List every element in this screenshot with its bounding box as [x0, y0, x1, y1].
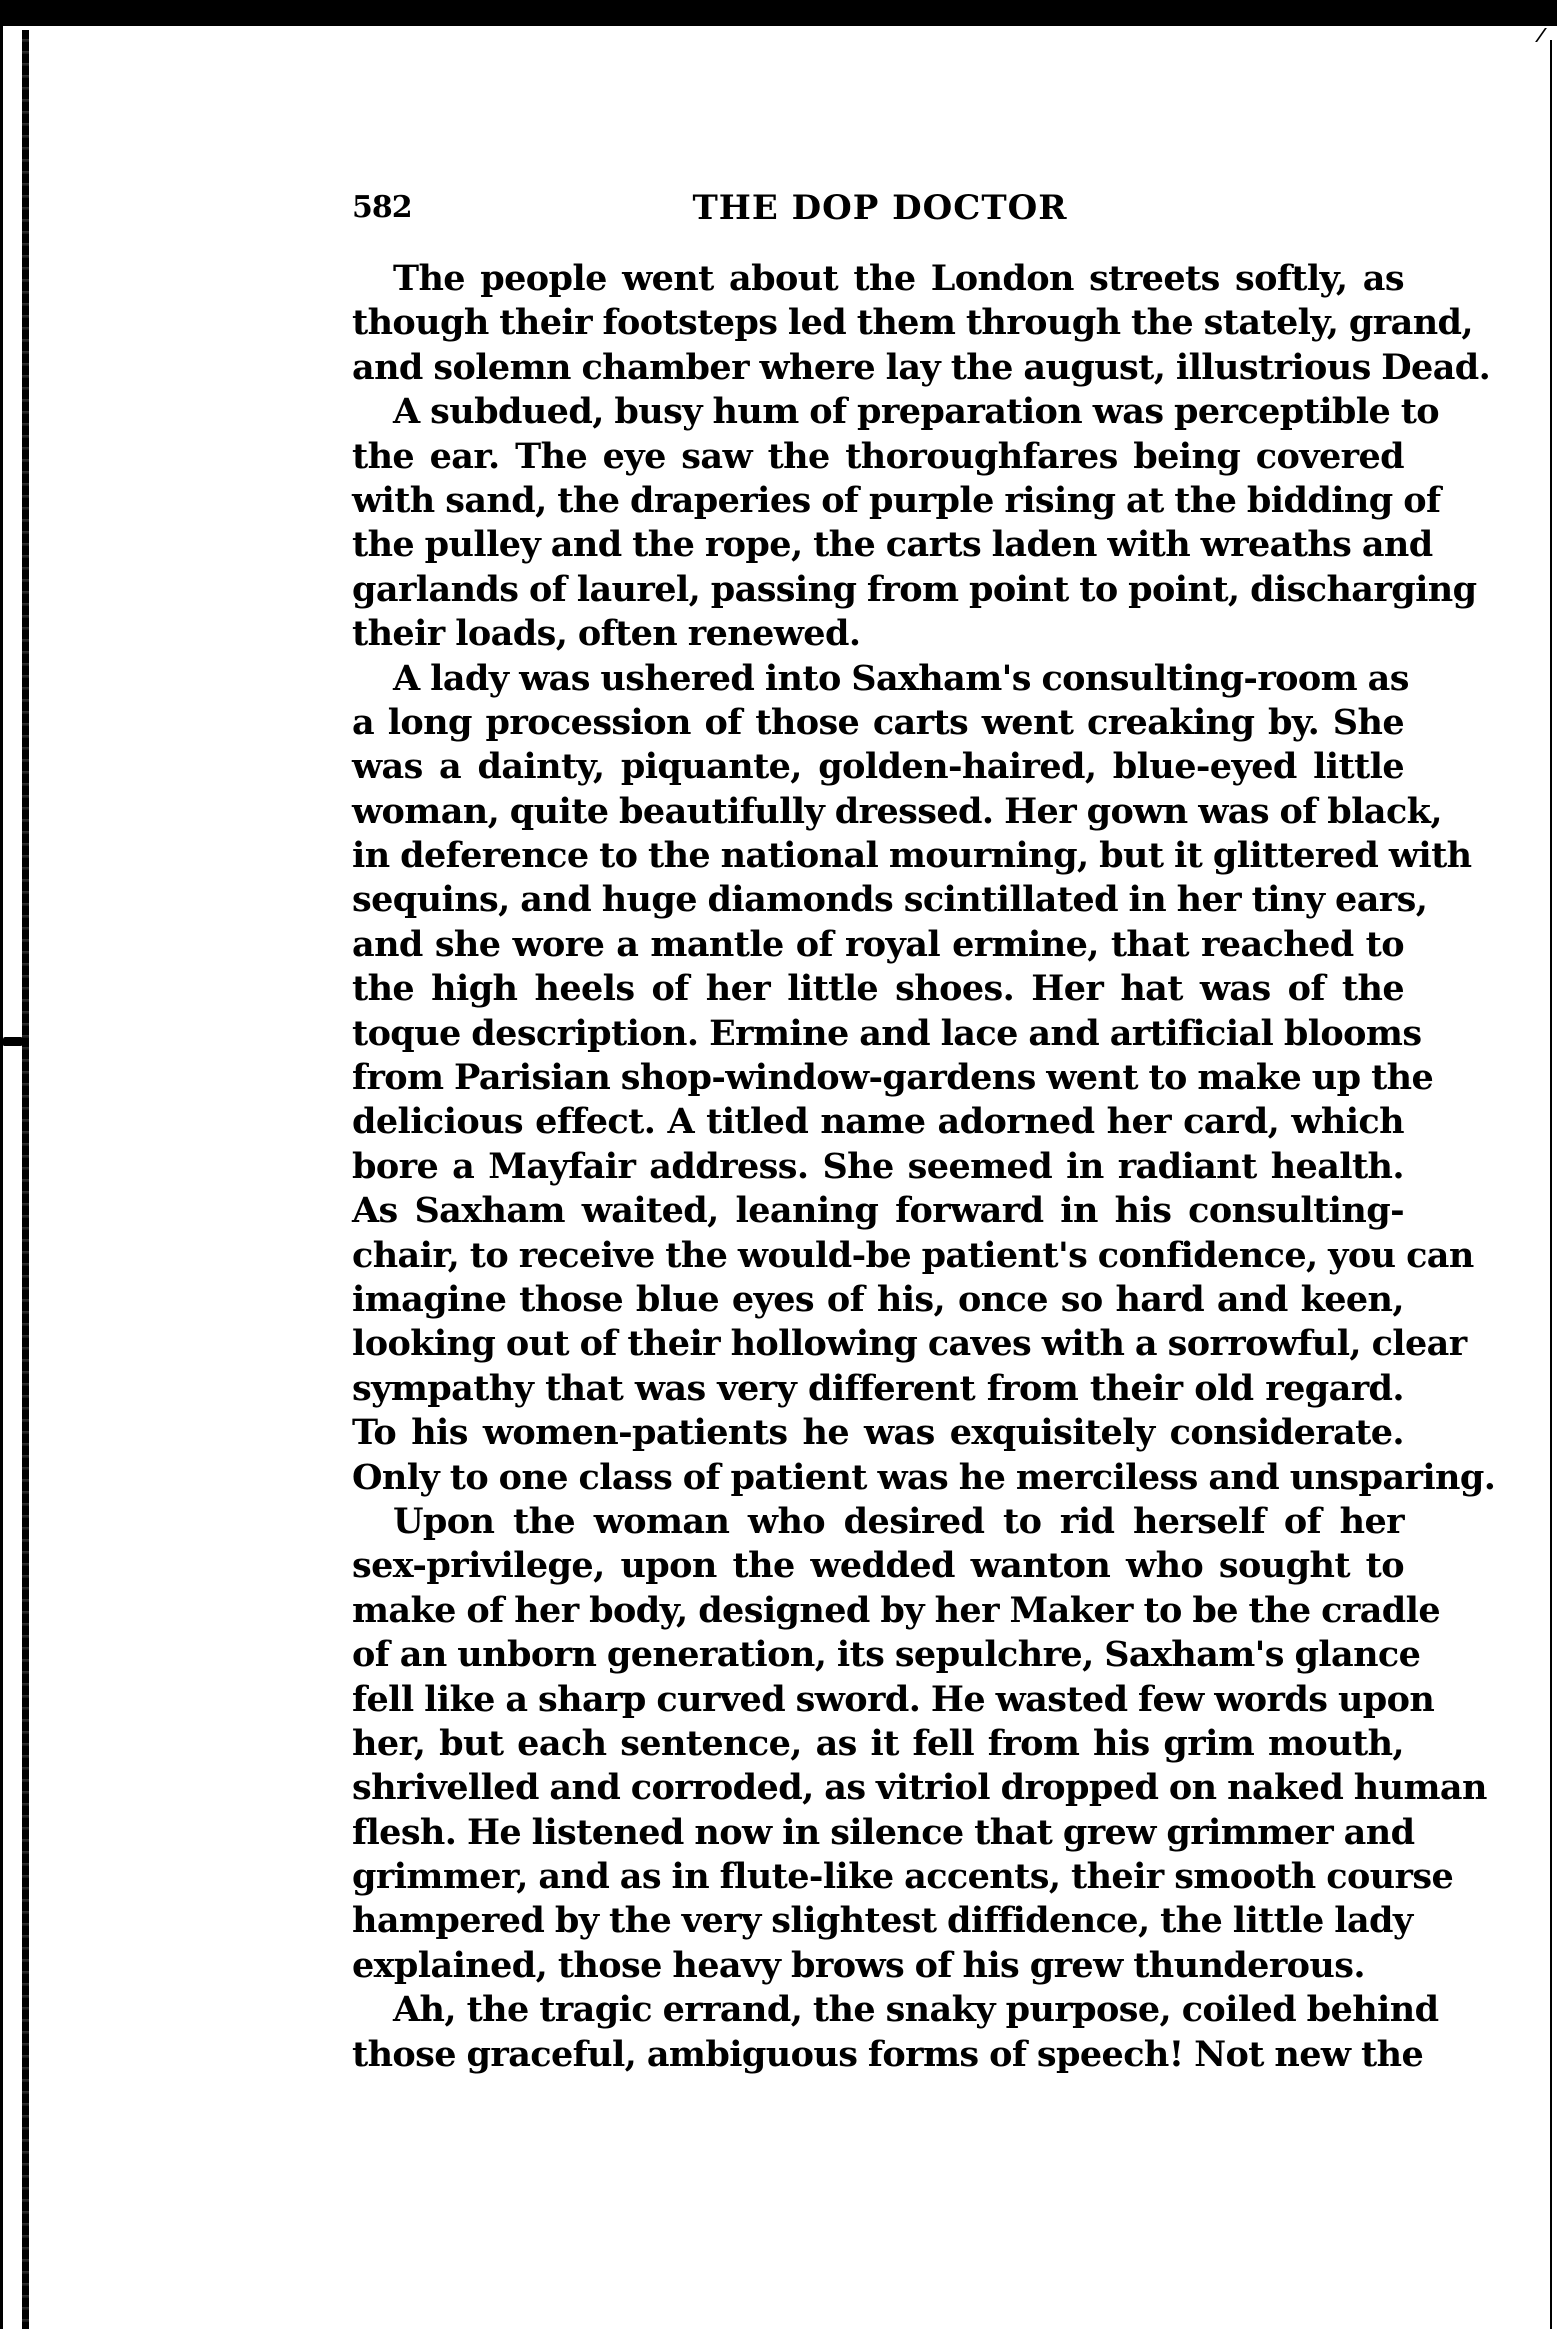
- text-line: flesh. He listened now in silence that g…: [352, 1811, 1404, 1855]
- text-line: in deference to the national mourning, b…: [352, 834, 1404, 878]
- text-line: A lady was ushered into Saxham's consult…: [352, 657, 1404, 701]
- text-line: and solemn chamber where lay the august,…: [352, 346, 1404, 390]
- page-corner-fold-icon: [1535, 28, 1557, 42]
- text-line: of an unborn generation, its sepulchre, …: [352, 1633, 1404, 1677]
- text-line: and she wore a mantle of royal ermine, t…: [352, 923, 1404, 967]
- scan-left-edge: [0, 26, 3, 2329]
- text-line: As Saxham waited, leaning forward in his…: [352, 1189, 1404, 1233]
- text-line: those graceful, ambiguous forms of speec…: [352, 2033, 1404, 2077]
- text-line: her, but each sentence, as it fell from …: [352, 1722, 1404, 1766]
- text-line: shrivelled and corroded, as vitriol drop…: [352, 1766, 1404, 1810]
- text-line: from Parisian shop-window-gardens went t…: [352, 1056, 1404, 1100]
- text-line: To his women-patients he was exquisitely…: [352, 1411, 1404, 1455]
- text-line: the high heels of her little shoes. Her …: [352, 967, 1404, 1011]
- text-line: garlands of laurel, passing from point t…: [352, 568, 1404, 612]
- text-line: the ear. The eye saw the thoroughfares b…: [352, 435, 1404, 479]
- text-line: fell like a sharp curved sword. He waste…: [352, 1678, 1404, 1722]
- page-header: 582 THE DOP DOCTOR: [352, 188, 1404, 228]
- paragraph: Upon the woman who desired to rid hersel…: [352, 1500, 1404, 1988]
- running-title: THE DOP DOCTOR: [685, 188, 1075, 228]
- text-line: Ah, the tragic errand, the snaky purpose…: [352, 1988, 1404, 2032]
- book-binding-shadow: [22, 30, 29, 2329]
- text-line: sex-privilege, upon the wedded wanton wh…: [352, 1544, 1404, 1588]
- text-line: chair, to receive the would-be patient's…: [352, 1234, 1404, 1278]
- text-line: The people went about the London streets…: [352, 257, 1404, 301]
- text-line: toque description. Ermine and lace and a…: [352, 1012, 1404, 1056]
- paragraph: A subdued, busy hum of preparation was p…: [352, 390, 1404, 656]
- text-line: sequins, and huge diamonds scintillated …: [352, 878, 1404, 922]
- text-line: their loads, often renewed.: [352, 612, 1404, 656]
- page-number: 582: [352, 188, 412, 228]
- binding-thread-mark: [3, 1037, 25, 1046]
- text-line: Upon the woman who desired to rid hersel…: [352, 1500, 1404, 1544]
- text-line: a long procession of those carts went cr…: [352, 701, 1404, 745]
- text-line: imagine those blue eyes of his, once so …: [352, 1278, 1404, 1322]
- text-line: was a dainty, piquante, golden-haired, b…: [352, 745, 1404, 789]
- text-line: the pulley and the rope, the carts laden…: [352, 523, 1404, 567]
- text-line: grimmer, and as in flute-like accents, t…: [352, 1855, 1404, 1899]
- text-line: explained, those heavy brows of his grew…: [352, 1944, 1404, 1988]
- paragraph: A lady was ushered into Saxham's consult…: [352, 657, 1404, 1500]
- text-line: woman, quite beautifully dressed. Her go…: [352, 790, 1404, 834]
- text-line: delicious effect. A titled name adorned …: [352, 1100, 1404, 1144]
- text-line: make of her body, designed by her Maker …: [352, 1589, 1404, 1633]
- text-line: looking out of their hollowing caves wit…: [352, 1322, 1404, 1366]
- text-line: hampered by the very slightest diffidenc…: [352, 1899, 1404, 1943]
- text-line: though their footsteps led them through …: [352, 301, 1404, 345]
- text-line: Only to one class of patient was he merc…: [352, 1456, 1404, 1500]
- text-line: A subdued, busy hum of preparation was p…: [352, 390, 1404, 434]
- text-line: bore a Mayfair address. She seemed in ra…: [352, 1145, 1404, 1189]
- paragraph: The people went about the London streets…: [352, 257, 1404, 390]
- page-body: The people went about the London streets…: [352, 257, 1404, 2077]
- text-line: with sand, the draperies of purple risin…: [352, 479, 1404, 523]
- paragraph: Ah, the tragic errand, the snaky purpose…: [352, 1988, 1404, 2077]
- scan-top-border: [0, 0, 1557, 26]
- text-line: sympathy that was very different from th…: [352, 1367, 1404, 1411]
- scan-right-edge: [1550, 40, 1552, 2329]
